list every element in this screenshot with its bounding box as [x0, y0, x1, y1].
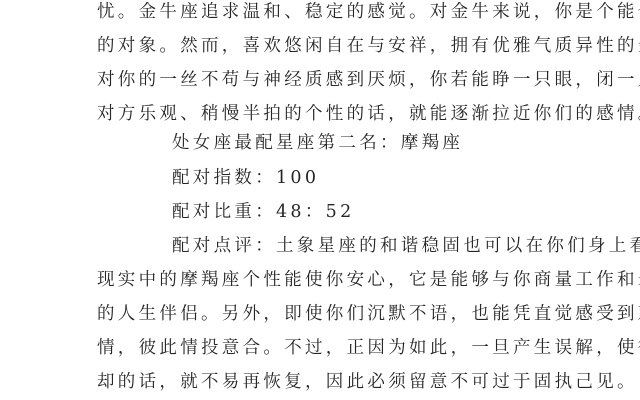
body-text-line: 的人生伴侣。另外，即使你们沉默不语，也能凭直觉感受到对方的心 [97, 302, 547, 326]
match-comment: 配对点评：土象星座的和谐稳固也可以在你们身上看见。 [172, 234, 622, 258]
body-text-line: 的对象。然而，喜欢悠闲自在与安祥，拥有优雅气质异性的金牛，却 [97, 34, 547, 58]
body-text-line: 却的话，就不易再恢复，因此必须留意不可过于固执己见。 [97, 370, 547, 394]
body-text-line: 对你的一丝不苟与神经质感到厌烦，你若能睁一只眼，闭一只眼来看 [97, 68, 547, 92]
body-text-line: 忧。金牛座追求温和、稳定的感觉。对金牛来说，你是个能令他安心 [97, 0, 547, 24]
match-heading: 处女座最配星座第二名：摩羯座 [172, 131, 622, 155]
body-text-line: 对方乐观、稍慢半拍的个性的话，就能逐渐拉近你们的感情。 [97, 102, 547, 126]
document-page: 忧。金牛座追求温和、稳定的感觉。对金牛来说，你是个能令他安心 的对象。然而，喜欢… [0, 0, 640, 400]
body-text-line: 情，彼此情投意合。不过，正因为如此，一旦产生误解，使得热情冷 [97, 336, 547, 360]
body-text-line: 现实中的摩羯座个性能使你安心，它是能够与你商量工作和未来人生 [97, 268, 547, 292]
match-index: 配对指数：100 [172, 166, 622, 190]
match-ratio: 配对比重：48：52 [172, 200, 622, 224]
